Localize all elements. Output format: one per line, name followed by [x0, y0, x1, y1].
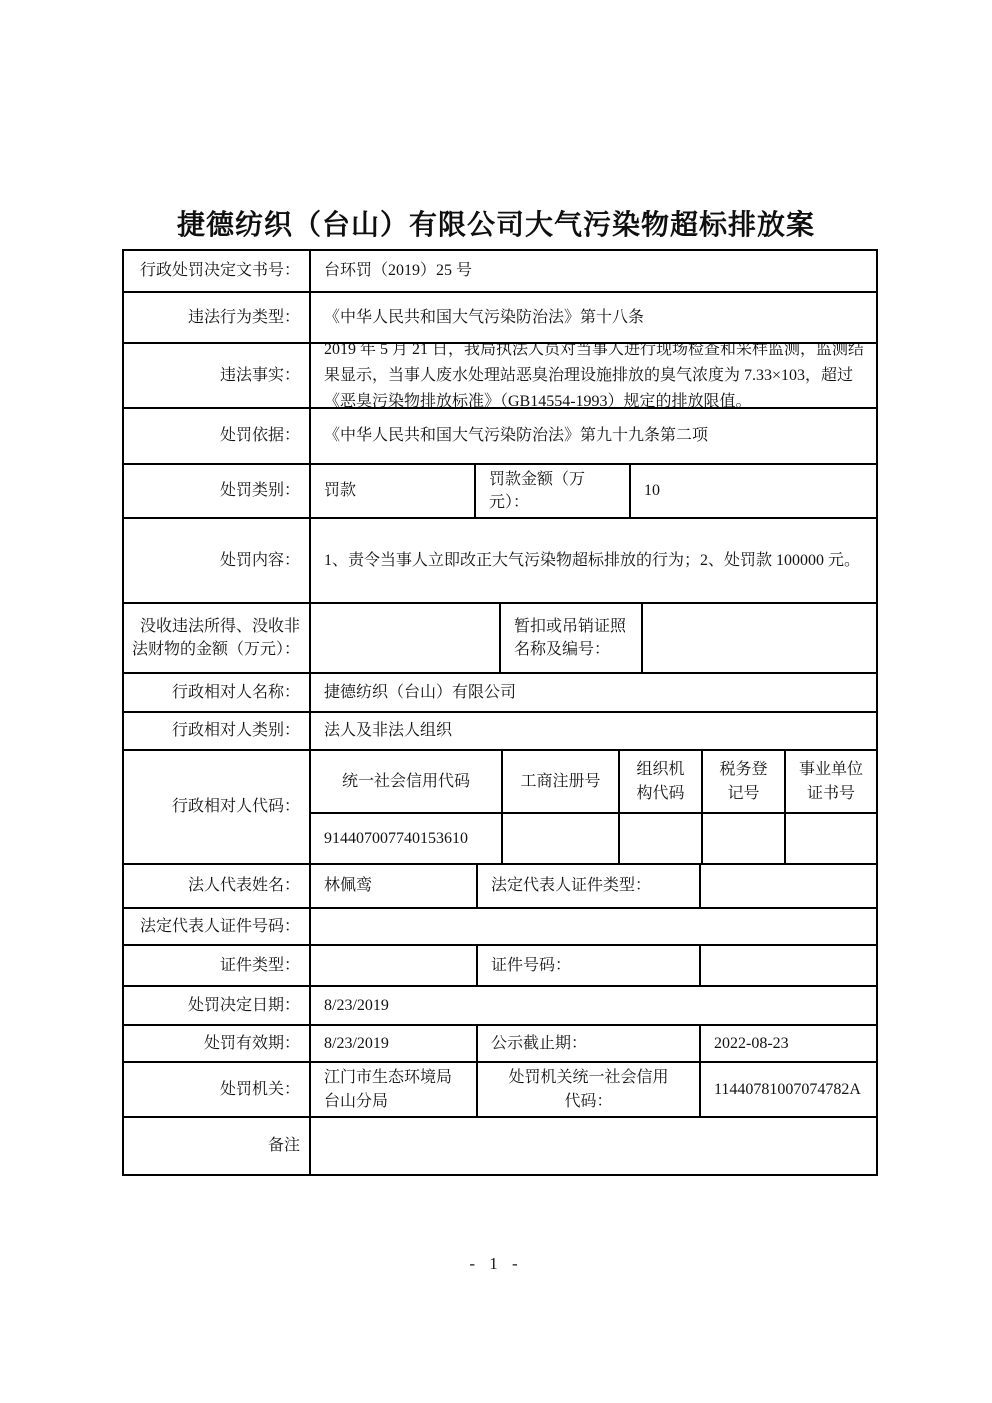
confiscation-value — [309, 604, 499, 672]
violation-type-value: 《中华人民共和国大气污染防治法》第十八条 — [309, 293, 876, 342]
tax-reg-value — [701, 814, 784, 863]
row-penalty-category: 处罚类别： 罚款 罚款金额（万元）： 10 — [124, 463, 876, 517]
org-code-value — [618, 814, 701, 863]
validity-label: 处罚有效期： — [124, 1026, 309, 1061]
party-codes-grid: 统一社会信用代码 工商注册号 组织机 构代码 税务登 记号 事业单位 证书号 9… — [309, 751, 876, 863]
authority-uscc-label: 处罚机关统一社会信用 代码： — [476, 1063, 699, 1116]
row-authority: 处罚机关： 江门市生态环境局 台山分局 处罚机关统一社会信用 代码： 11440… — [124, 1061, 876, 1116]
row-penalty-content: 处罚内容： 1、责令当事人立即改正大气污染物超标排放的行为；2、处罚款 1000… — [124, 517, 876, 602]
publicity-deadline-value: 2022-08-23 — [699, 1026, 876, 1061]
party-codes-header-row: 统一社会信用代码 工商注册号 组织机 构代码 税务登 记号 事业单位 证书号 — [311, 751, 876, 812]
document-page: 捷德纺织（台山）有限公司大气污染物超标排放案 行政处罚决定文书号： 台环罚（20… — [0, 0, 992, 1403]
penalty-decision-table: 行政处罚决定文书号： 台环罚（2019）25 号 违法行为类型： 《中华人民共和… — [122, 249, 878, 1176]
party-type-value: 法人及非法人组织 — [309, 713, 876, 749]
cert-type-value — [309, 946, 476, 985]
party-name-label: 行政相对人名称： — [124, 674, 309, 711]
violation-facts-value: 2019 年 5 月 21 日，我局执法人员对当事人进行现场检查和采样监测，监测… — [309, 344, 876, 407]
row-violation-type: 违法行为类型： 《中华人民共和国大气污染防治法》第十八条 — [124, 291, 876, 342]
tax-reg-column-header: 税务登 记号 — [701, 751, 784, 812]
row-party-name: 行政相对人名称： 捷德纺织（台山）有限公司 — [124, 672, 876, 711]
penalty-category-value: 罚款 — [309, 465, 474, 517]
legal-rep-id-type-value — [699, 865, 876, 907]
party-type-label: 行政相对人类别： — [124, 713, 309, 749]
row-violation-facts: 违法事实： 2019 年 5 月 21 日，我局执法人员对当事人进行现场检查和采… — [124, 342, 876, 407]
row-decision-date: 处罚决定日期： 8/23/2019 — [124, 985, 876, 1024]
row-remarks: 备注 — [124, 1116, 876, 1174]
party-codes-value-row: 914407007740153610 — [311, 812, 876, 863]
remarks-label: 备注 — [124, 1118, 309, 1174]
penalty-content-value: 1、责令当事人立即改正大气污染物超标排放的行为；2、处罚款 100000 元。 — [309, 519, 876, 602]
penalty-basis-label: 处罚依据： — [124, 409, 309, 463]
row-confiscation: 没收违法所得、没收非法财物的金额（万元）： 暂扣或吊销证照名称及编号： — [124, 602, 876, 672]
row-party-codes: 行政相对人代码： 统一社会信用代码 工商注册号 组织机 构代码 税务登 记号 事… — [124, 749, 876, 863]
row-cert: 证件类型： 证件号码： — [124, 944, 876, 985]
confiscation-label: 没收违法所得、没收非法财物的金额（万元）： — [124, 604, 309, 672]
violation-type-label: 违法行为类型： — [124, 293, 309, 342]
penalty-amount-value: 10 — [629, 465, 876, 517]
row-legal-rep-id-no: 法定代表人证件号码： — [124, 907, 876, 944]
cert-no-value — [699, 946, 876, 985]
row-legal-rep: 法人代表姓名： 林佩鸾 法定代表人证件类型： — [124, 863, 876, 907]
row-party-type: 行政相对人类别： 法人及非法人组织 — [124, 711, 876, 749]
penalty-amount-label: 罚款金额（万元）： — [474, 465, 629, 517]
row-doc-no: 行政处罚决定文书号： 台环罚（2019）25 号 — [124, 251, 876, 291]
validity-value: 8/23/2019 — [309, 1026, 476, 1061]
cert-no-label: 证件号码： — [476, 946, 699, 985]
page-number: - 1 - — [0, 1254, 992, 1274]
org-code-column-header: 组织机 构代码 — [618, 751, 701, 812]
legal-rep-id-no-value — [309, 909, 876, 944]
remarks-value — [309, 1118, 876, 1174]
row-validity: 处罚有效期： 8/23/2019 公示截止期： 2022-08-23 — [124, 1024, 876, 1061]
legal-rep-id-no-label: 法定代表人证件号码： — [124, 909, 309, 944]
party-codes-label: 行政相对人代码： — [124, 751, 309, 863]
authority-uscc-value: 11440781007074782A — [699, 1063, 876, 1116]
doc-no-value: 台环罚（2019）25 号 — [309, 251, 876, 291]
legal-rep-name-label: 法人代表姓名： — [124, 865, 309, 907]
doc-no-label: 行政处罚决定文书号： — [124, 251, 309, 291]
license-suspension-label: 暂扣或吊销证照名称及编号： — [499, 604, 641, 672]
business-reg-value — [501, 814, 618, 863]
institution-cert-value — [784, 814, 876, 863]
penalty-content-label: 处罚内容： — [124, 519, 309, 602]
decision-date-label: 处罚决定日期： — [124, 987, 309, 1024]
uscc-column-header: 统一社会信用代码 — [311, 751, 501, 812]
penalty-category-label: 处罚类别： — [124, 465, 309, 517]
legal-rep-name-value: 林佩鸾 — [309, 865, 476, 907]
cert-type-label: 证件类型： — [124, 946, 309, 985]
license-suspension-value — [641, 604, 876, 672]
institution-cert-column-header: 事业单位 证书号 — [784, 751, 876, 812]
party-name-value: 捷德纺织（台山）有限公司 — [309, 674, 876, 711]
decision-date-value: 8/23/2019 — [309, 987, 876, 1024]
authority-value: 江门市生态环境局 台山分局 — [309, 1063, 476, 1116]
legal-rep-id-type-label: 法定代表人证件类型： — [476, 865, 699, 907]
uscc-value: 914407007740153610 — [311, 814, 501, 863]
row-penalty-basis: 处罚依据： 《中华人民共和国大气污染防治法》第九十九条第二项 — [124, 407, 876, 463]
publicity-deadline-label: 公示截止期： — [476, 1026, 699, 1061]
penalty-basis-value: 《中华人民共和国大气污染防治法》第九十九条第二项 — [309, 409, 876, 463]
business-reg-column-header: 工商注册号 — [501, 751, 618, 812]
authority-label: 处罚机关： — [124, 1063, 309, 1116]
page-title: 捷德纺织（台山）有限公司大气污染物超标排放案 — [0, 203, 992, 243]
violation-facts-label: 违法事实： — [124, 344, 309, 407]
